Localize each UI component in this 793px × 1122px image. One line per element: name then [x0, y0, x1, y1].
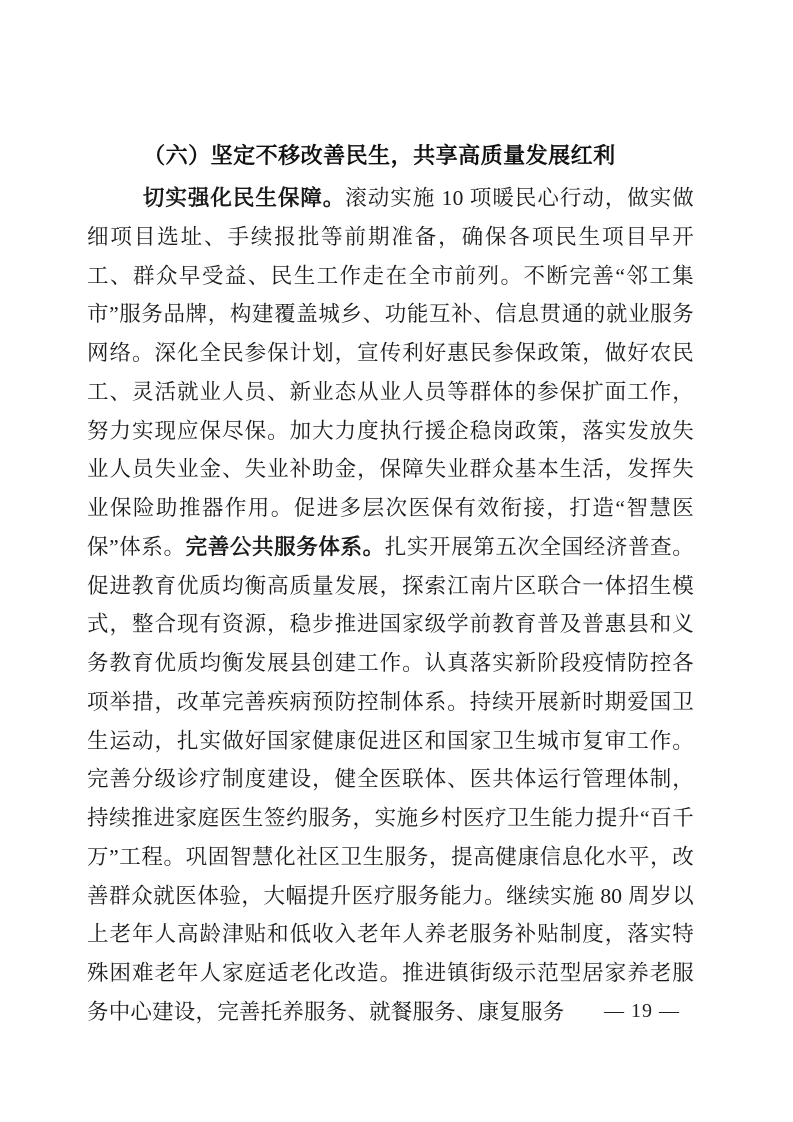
bold-text-run: 完善公共服务体系。	[186, 535, 385, 559]
text-run: 扎实开展第五次全国经济普查。促进教育优质均衡高质量发展，探索江南片区联合一体招生…	[87, 535, 694, 1024]
page-footer: — 19 —	[604, 1000, 680, 1023]
text-run: 滚动实施 10 项暖民心行动，做实做细项目选址、手续报批等前期准备，确保各项民生…	[87, 186, 694, 559]
body-paragraph: 切实强化民生保障。滚动实施 10 项暖民心行动，做实做细项目选址、手续报批等前期…	[87, 179, 694, 1032]
section-heading: （六）坚定不移改善民生，共享高质量发展红利	[87, 141, 694, 171]
document-page: （六）坚定不移改善民生，共享高质量发展红利 切实强化民生保障。滚动实施 10 项…	[0, 0, 793, 1122]
page-number: — 19 —	[604, 1000, 680, 1022]
bold-text-run: 切实强化民生保障。	[143, 186, 345, 210]
